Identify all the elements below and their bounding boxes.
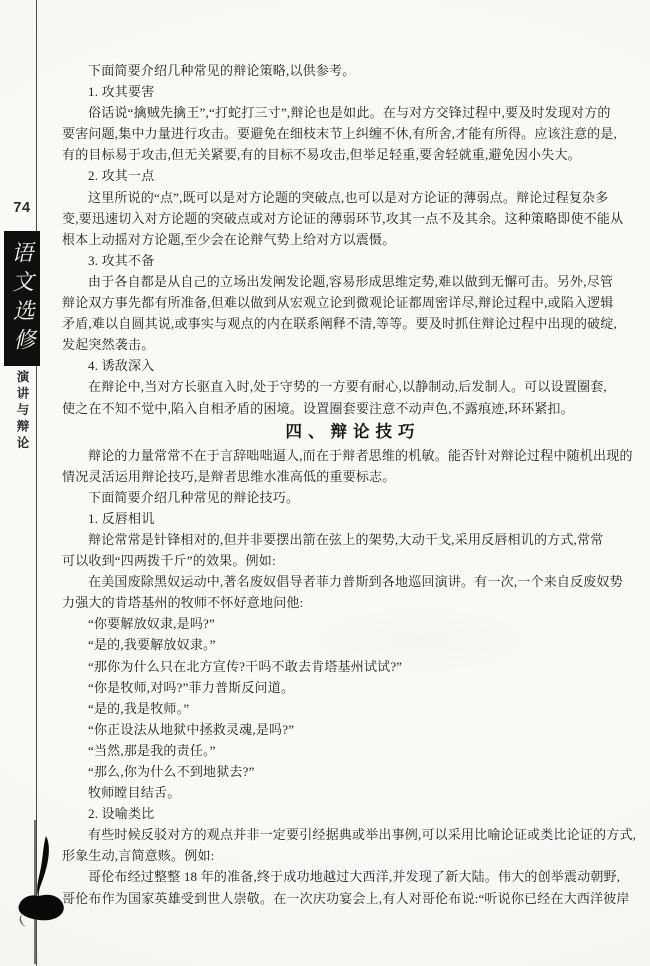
body-text: 下面简要介绍几种常见的辩论策略,以供参考。1. 攻其要害俗话说“擒贼先擒王”,“… [62, 60, 644, 909]
text-line: 有的目标易于攻击,但无关紧要,有的目标不易攻击,但举足轻重,要舍轻就重,避免因小… [62, 144, 644, 165]
text-line: 牧师瞠目结舌。 [62, 782, 644, 803]
page-number: 74 [9, 200, 35, 216]
text-line: 辩论双方事先都有所准备,但难以做到从宏观立论到微观论证都周密详尽,辩论过程中,或… [62, 292, 644, 313]
text-line: 辩论的力量常常不在于言辞咄咄逼人,而在于辩者思维的机敏。能否针对辩论过程中随机出… [62, 445, 644, 466]
text-line: 情况灵活运用辩论技巧,是辩者思维水准高低的重要标志。 [62, 466, 644, 487]
text-line: 4. 诱敌深入 [62, 355, 644, 376]
text-line: “当然,那是我的责任。” [62, 740, 644, 761]
text-line: 使之在不知不觉中,陷入自相矛盾的困境。设置圈套要注意不动声色,不露痕迹,环环紧扣… [62, 398, 644, 419]
book-title-vertical: 语文选修 [2, 240, 41, 357]
text-line: 在辩论中,当对方长驱直入时,处于守势的一方要有耐心,以静制动,后发制人。可以设置… [62, 376, 644, 397]
text-line: 矛盾,难以自圆其说,或事实与观点的内在联系阐释不清,等等。要及时抓住辩论过程中出… [62, 313, 644, 334]
text-line: 变,要迅速切入对方论题的突破点或对方论证的薄弱环节,攻其一点不及其余。这种策略即… [62, 208, 644, 229]
text-line: 哥伦布经过整整 18 年的准备,终于成功地越过大西洋,并发现了新大陆。伟大的创举… [62, 866, 644, 887]
text-line: “那么,你为什么不到地狱去?” [62, 761, 644, 782]
text-line: 发起突然袭击。 [62, 334, 644, 355]
text-line: 根本上动摇对方论题,至少会在论辩气势上给对方以震慑。 [62, 229, 644, 250]
text-line: 要害问题,集中力量进行攻击。要避免在细枝末节上纠缠不休,有所舍,才能有所得。应该… [62, 123, 644, 144]
text-line: “那你为什么只在北方宣传?干吗不敢去肯塔基州试试?” [62, 656, 644, 677]
book-title-box: 语文选修 [4, 231, 40, 366]
text-line: 形象生动,言简意赅。例如: [62, 845, 644, 866]
text-line: 3. 攻其不备 [62, 250, 644, 271]
text-line: 1. 反唇相讥 [62, 508, 644, 529]
text-line: 力强大的肯塔基州的牧师不怀好意地问他: [62, 592, 644, 613]
text-line: 下面简要介绍几种常见的辩论技巧。 [62, 487, 644, 508]
section-heading: 四、辩论技巧 [62, 419, 644, 445]
text-line: 2. 攻其一点 [62, 165, 644, 186]
text-line: “你是牧师,对吗?”菲力普斯反问道。 [62, 677, 644, 698]
text-line: 这里所说的“点”,既可以是对方论题的突破点,也可以是对方论证的薄弱点。辩论过程复… [62, 187, 644, 208]
text-line: “是的,我是牧师。” [62, 698, 644, 719]
text-line: “是的,我要解放奴隶。” [62, 634, 644, 655]
text-line: 由于各自都是从自己的立场出发阐发论题,容易形成思维定势,难以做到无懈可击。另外,… [62, 271, 644, 292]
text-line: 有些时候反驳对方的观点并非一定要引经据典或举出事例,可以采用比喻论证或类比论证的… [62, 824, 644, 845]
text-line: 2. 设喻类比 [62, 803, 644, 824]
text-line: 哥伦布作为国家英雄受到世人崇敬。在一次庆功宴会上,有人对哥伦布说:“听说你已经在… [62, 888, 644, 909]
text-line: 下面简要介绍几种常见的辩论策略,以供参考。 [62, 60, 644, 81]
text-line: 俗话说“擒贼先擒王”,“打蛇打三寸”,辩论也是如此。在与对方交锋过程中,要及时发… [62, 102, 644, 123]
text-line: “你要解放奴隶,是吗?” [62, 613, 644, 634]
text-line: 在美国废除黑奴运动中,著名废奴倡导者菲力普斯到各地巡回演讲。有一次,一个来自反废… [62, 571, 644, 592]
series-label-vertical: 演讲与辩论 [13, 370, 31, 470]
text-line: 辩论常常是针锋相对的,但并非要摆出箭在弦上的架势,大动干戈,采用反唇相讥的方式,… [62, 529, 644, 550]
text-line: 可以收到“四两拨千斤”的效果。例如: [62, 550, 644, 571]
text-line: 1. 攻其要害 [62, 81, 644, 102]
textbook-page: 74 语文选修 演讲与辩论 下面简要介绍几种常见的辩论策略,以供参考。1. 攻其… [0, 0, 650, 966]
text-line: “你正设法从地狱中拯救灵魂,是吗?” [62, 719, 644, 740]
